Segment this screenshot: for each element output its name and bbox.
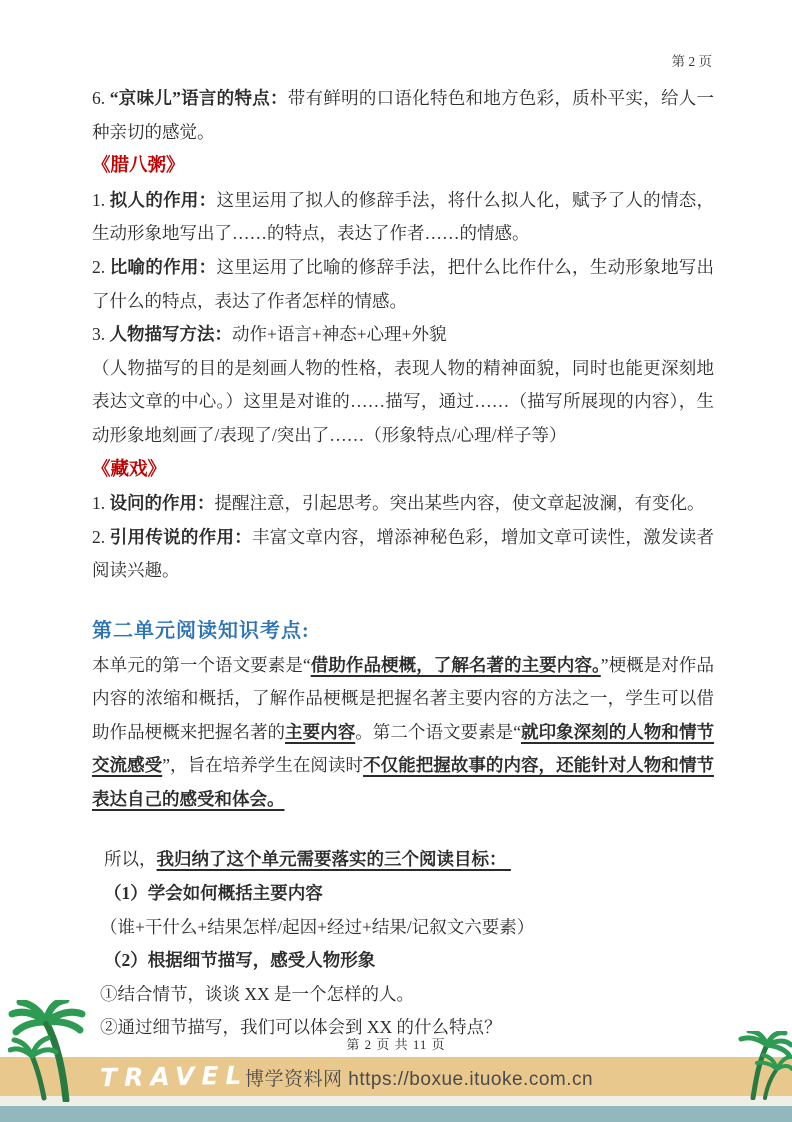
- paragraph-yinyong: 2. 引用传说的作用：丰富文章内容，增添神秘色彩，增加文章可读性，激发读者阅读兴…: [92, 521, 714, 588]
- paragraph-goal-1-note: （谁+干什么+结果怎样/起因+经过+结果/记叙文六要素）: [92, 911, 714, 945]
- footer-site-link[interactable]: 博学资料网 https://boxue.ituoke.com.cn: [245, 1064, 593, 1091]
- paragraph-renwu-miaoxie: 3. 人物描写方法：动作+语言+神态+心理+外貌: [92, 318, 714, 352]
- footer-gap-bar: [0, 1096, 792, 1106]
- heading-zangxi: 《藏戏》: [92, 453, 714, 488]
- paragraph-goals-intro: 所以，我归纳了这个单元需要落实的三个阅读目标：: [92, 843, 714, 877]
- paragraph-jingweir: 6. “京味儿”语言的特点：带有鲜明的口语化特色和地方色彩，质朴平实，给人一种亲…: [92, 82, 714, 149]
- palm-trees-icon: [731, 1031, 792, 1100]
- top-page-number: 第 2 页: [672, 50, 713, 70]
- palm-trees-icon: [8, 1000, 92, 1102]
- footer-sea-bar: [0, 1106, 792, 1122]
- document-page: 第 2 页 6. “京味儿”语言的特点：带有鲜明的口语化特色和地方色彩，质朴平实…: [0, 0, 792, 1122]
- paragraph-miaoxie-note: （人物描写的目的是刻画人物的性格，表现人物的精神面貌，同时也能更深刻地表达文章的…: [92, 352, 714, 453]
- paragraph-shewen: 1. 设问的作用：提醒注意，引起思考。突出某些内容，使文章起波澜，有变化。: [92, 487, 714, 521]
- bottom-page-number: 第 2 页 共 11 页: [0, 1034, 792, 1053]
- paragraph-unit2-intro: 本单元的第一个语文要素是“借助作品梗概，了解名著的主要内容。”梗概是对作品内容的…: [92, 649, 714, 817]
- paragraph-goal-2: （2）根据细节描写，感受人物形象: [92, 944, 714, 978]
- document-body: 6. “京味儿”语言的特点：带有鲜明的口语化特色和地方色彩，质朴平实，给人一种亲…: [92, 82, 714, 1045]
- heading-unit2: 第二单元阅读知识考点:: [92, 615, 714, 649]
- paragraph-biyu: 2. 比喻的作用：这里运用了比喻的修辞手法，把什么比作什么，生动形象地写出了什么…: [92, 251, 714, 318]
- paragraph-niren: 1. 拟人的作用：这里运用了拟人的修辞手法，将什么拟人化，赋予了人的情态，生动形…: [92, 184, 714, 251]
- heading-labazhou: 《腊八粥》: [92, 149, 714, 184]
- paragraph-goal-1: （1）学会如何概括主要内容: [92, 877, 714, 911]
- paragraph-goal-2-note1: ①结合情节，谈谈 XX 是一个怎样的人。: [92, 978, 714, 1012]
- travel-label: TRAVEL: [100, 1061, 249, 1093]
